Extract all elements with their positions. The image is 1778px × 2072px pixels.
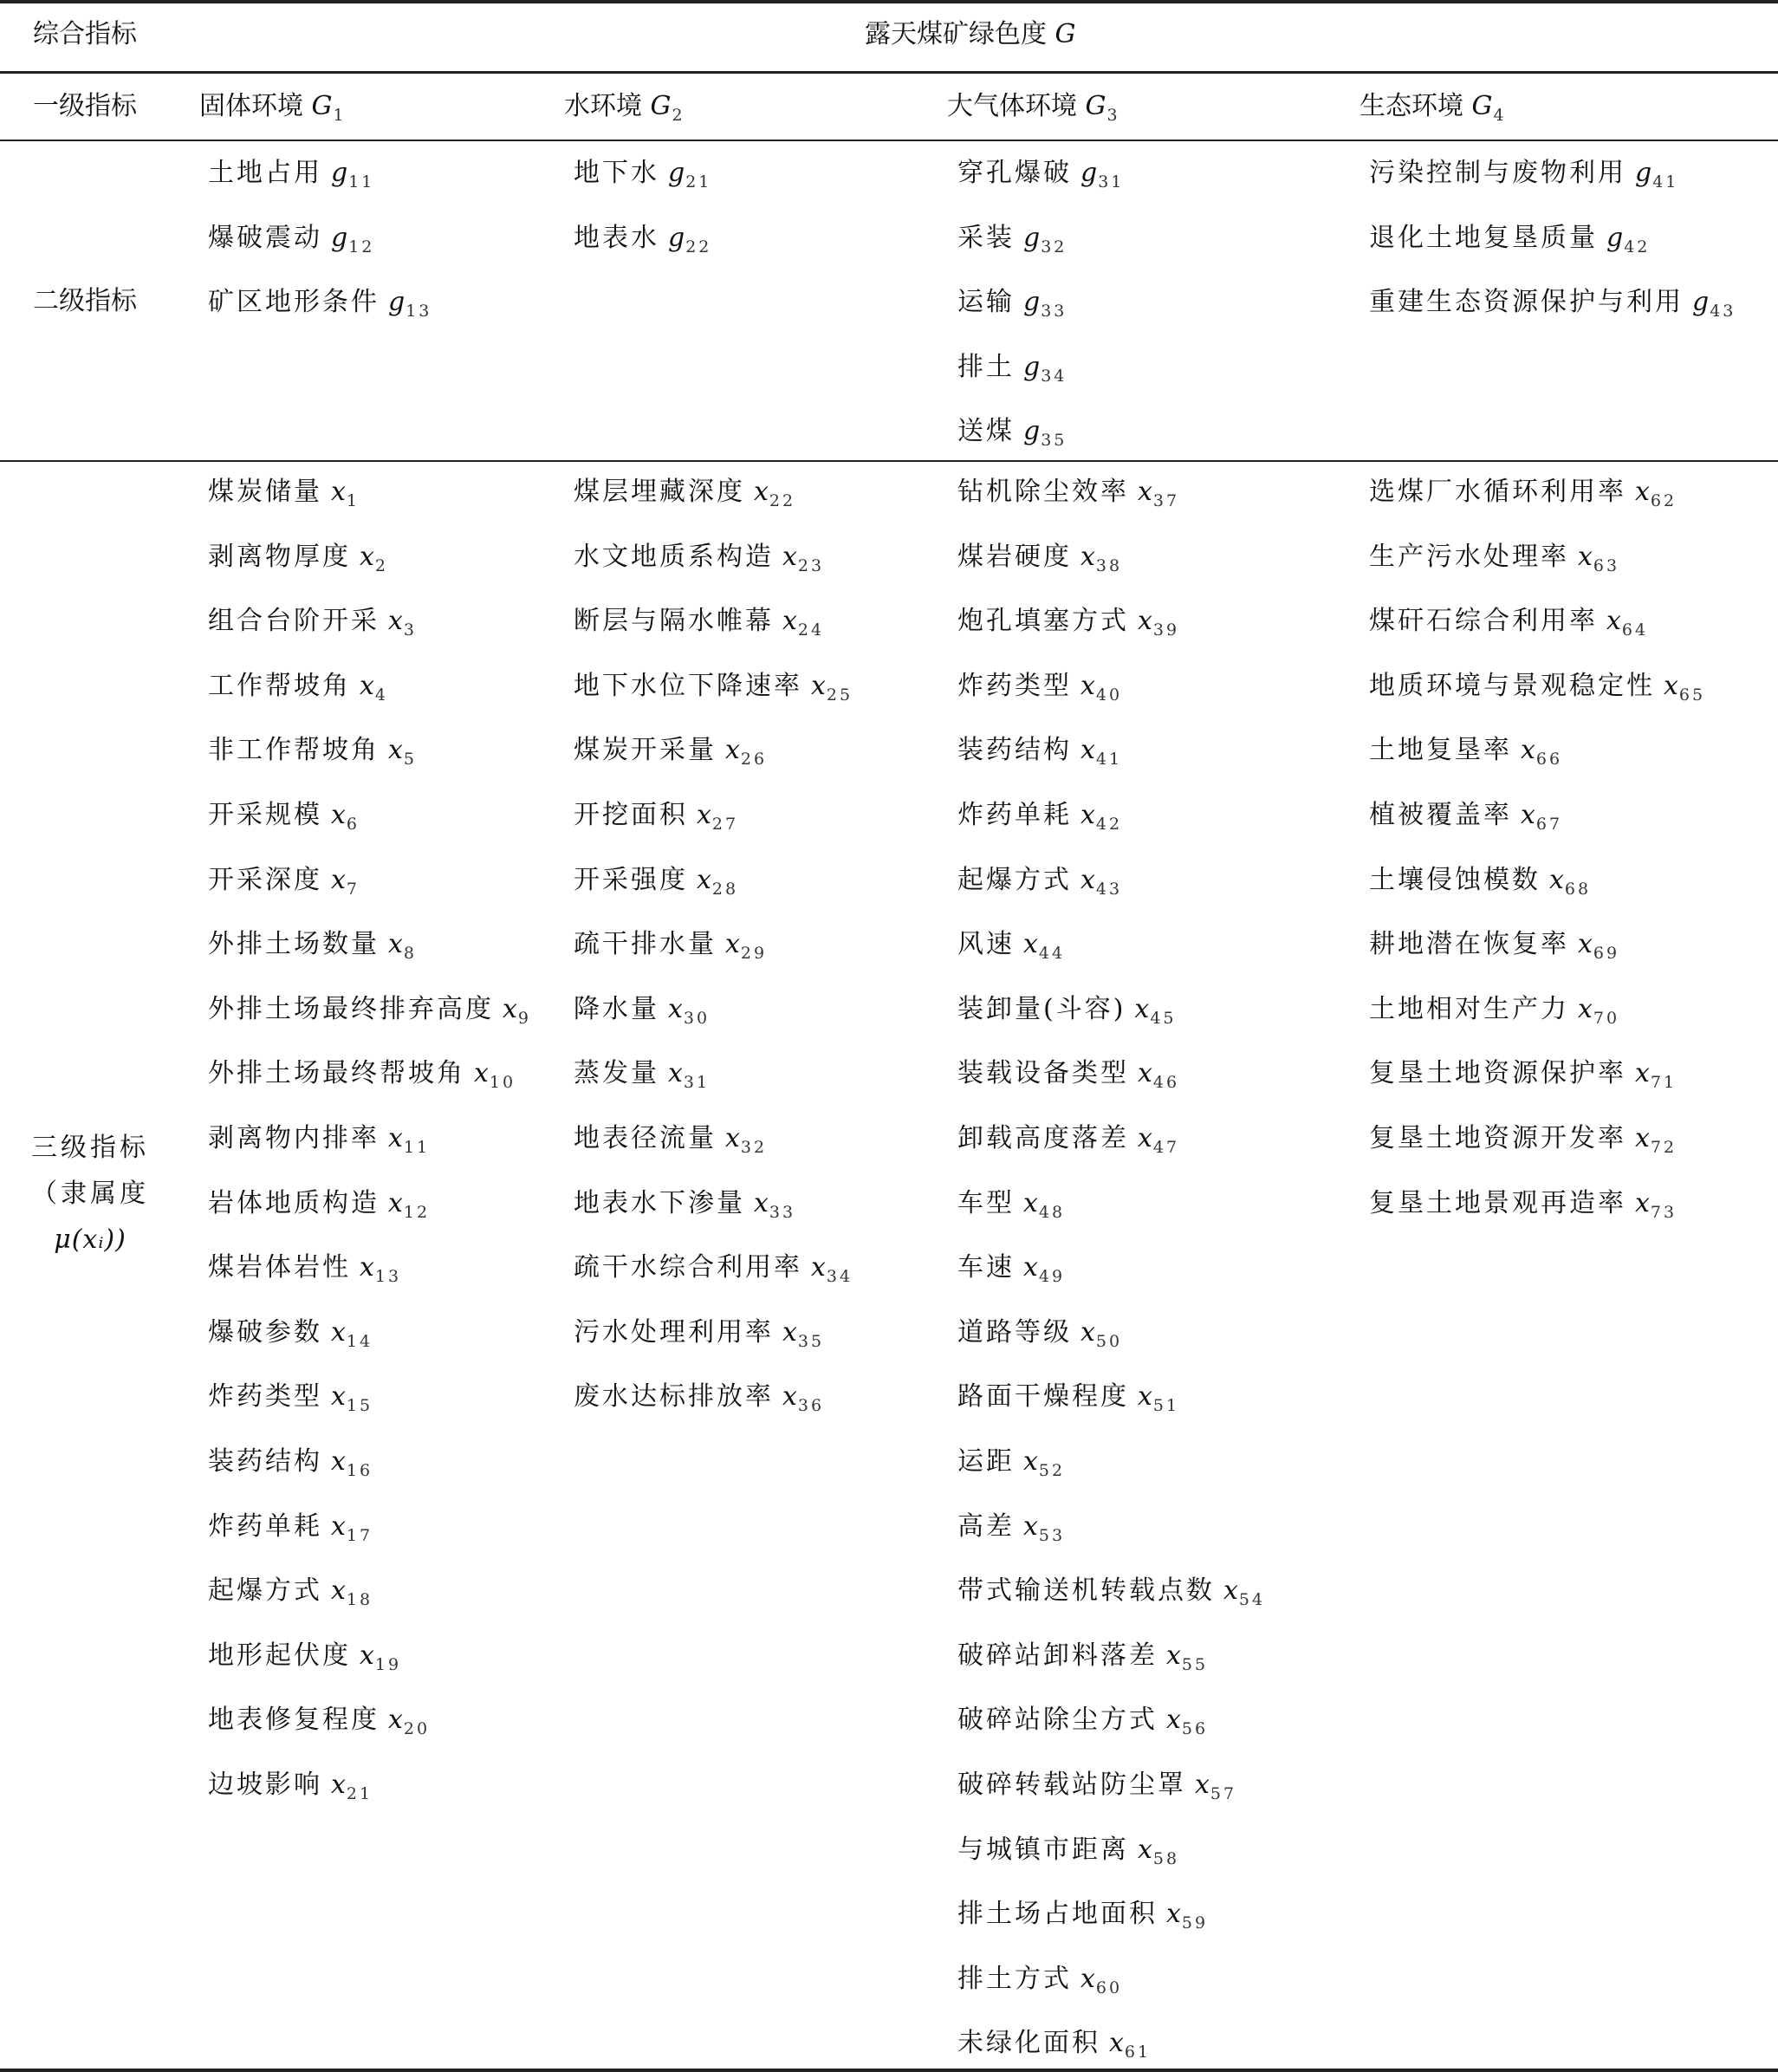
table-cell: 疏干排水量x29 <box>574 927 767 971</box>
indicator-symbol: x <box>782 542 797 572</box>
indicator-name: 地质环境与景观稳定性 <box>1369 671 1655 701</box>
table-cell: 地下水g21 <box>574 156 711 199</box>
table-cell: 岩体地质构造x12 <box>208 1186 430 1230</box>
indicator-name: 装卸量(斗容) <box>957 994 1126 1024</box>
indicator-symbol: x <box>668 994 683 1024</box>
indicator-name: 煤层埋藏深度 <box>574 477 745 507</box>
indicator-symbol: x <box>1080 865 1095 895</box>
indicator-subscript: 26 <box>741 750 767 769</box>
indicator-symbol: x <box>1521 800 1535 830</box>
indicator-name: 边坡影响 <box>208 1770 322 1800</box>
indicator-symbol: x <box>1664 671 1678 701</box>
indicator-name: 送煤 <box>957 416 1015 446</box>
indicator-symbol: x <box>360 542 374 572</box>
indicator-symbol: x <box>811 671 826 701</box>
indicator-subscript: 30 <box>684 1009 710 1028</box>
indicator-subscript: 36 <box>798 1396 824 1415</box>
table-cell: 炮孔填塞方式x39 <box>957 604 1179 647</box>
indicator-subscript: 42 <box>1624 237 1650 257</box>
indicator-symbol: x <box>754 1188 769 1218</box>
table-cell: 退化土地复垦质量g42 <box>1369 221 1650 264</box>
indicator-subscript: 32 <box>741 1138 767 1157</box>
indicator-subscript: 57 <box>1210 1784 1236 1803</box>
indicator-subscript: 46 <box>1153 1073 1179 1092</box>
indicator-subscript: 13 <box>406 302 432 321</box>
table-cell: 地表修复程度x20 <box>208 1703 430 1746</box>
indicator-name: 高差 <box>957 1511 1015 1542</box>
indicator-subscript: 41 <box>1096 750 1122 769</box>
indicator-name: 炮孔填塞方式 <box>957 606 1129 636</box>
indicator-symbol: g <box>668 158 685 188</box>
indicator-subscript: 45 <box>1150 1009 1176 1028</box>
indicator-symbol: x <box>725 929 740 959</box>
indicator-subscript: 27 <box>712 815 738 834</box>
indicator-subscript: 55 <box>1182 1655 1208 1674</box>
indicator-subscript: 66 <box>1536 750 1562 769</box>
indicator-name: 土壤侵蚀模数 <box>1369 865 1541 895</box>
table-cell: 外排土场最终帮坡角x10 <box>208 1056 516 1100</box>
indicator-subscript: 1 <box>347 491 360 510</box>
indicator-name: 煤岩硬度 <box>957 542 1072 572</box>
table-cell: 炸药单耗x42 <box>957 798 1122 841</box>
table-cell: 复垦土地景观再造率x73 <box>1369 1186 1677 1230</box>
indicator-symbol: x <box>331 1575 346 1606</box>
indicator-name: 运距 <box>957 1446 1015 1477</box>
indicator-subscript: 58 <box>1153 1849 1179 1868</box>
indicator-name: 开采强度 <box>574 865 688 895</box>
indicator-name: 炸药类型 <box>957 671 1072 701</box>
indicator-symbol: g <box>331 158 347 188</box>
indicator-symbol: x <box>474 1058 489 1088</box>
table-cell: 污染控制与废物利用g41 <box>1369 156 1678 199</box>
indicator-subscript: 17 <box>347 1526 373 1545</box>
table-cell: 断层与隔水帷幕x24 <box>574 604 824 647</box>
indicator-subscript: 73 <box>1651 1203 1677 1222</box>
indicator-subscript: 39 <box>1153 620 1179 640</box>
indicator-symbol: x <box>1223 1575 1238 1606</box>
indicator-subscript: 40 <box>1096 685 1122 705</box>
indicator-subscript: 62 <box>1651 491 1677 510</box>
indicator-name: 降水量 <box>574 994 659 1024</box>
level1-label: 一级指标 <box>33 89 137 124</box>
indicator-symbol: x <box>811 1252 826 1283</box>
table-cell: 蒸发量x31 <box>574 1056 710 1100</box>
indicator-subscript: 3 <box>404 620 417 640</box>
table-cell: 起爆方式x43 <box>957 863 1122 906</box>
indicator-subscript: 6 <box>347 815 360 834</box>
table-cell: 植被覆盖率x67 <box>1369 798 1562 841</box>
indicator-subscript: 19 <box>375 1655 401 1674</box>
table-cell: 爆破参数x14 <box>208 1315 373 1359</box>
indicator-symbol: x <box>1080 735 1095 765</box>
indicator-symbol: x <box>754 477 769 507</box>
table-cell: 废水达标排放率x36 <box>574 1380 824 1423</box>
indicator-subscript: 28 <box>712 880 738 899</box>
indicator-name: 煤炭开采量 <box>574 735 717 765</box>
indicator-symbol: x <box>360 671 374 701</box>
indicator-name: 复垦土地资源保护率 <box>1369 1058 1626 1088</box>
level1-rule <box>0 140 1778 141</box>
indicator-symbol: x <box>1578 542 1593 572</box>
indicator-name: 生产污水处理率 <box>1369 542 1569 572</box>
indicator-name: 破碎转载站防尘罩 <box>957 1770 1186 1800</box>
indicator-name: 复垦土地景观再造率 <box>1369 1188 1626 1218</box>
indicator-name: 组合台阶开采 <box>208 606 380 636</box>
table-cell: 破碎站卸料落差x55 <box>957 1639 1208 1682</box>
indicator-name: 穿孔爆破 <box>957 158 1072 188</box>
indicator-symbol: x <box>1023 1446 1038 1477</box>
table-title: 露天煤矿绿色度 G <box>865 17 1076 52</box>
indicator-symbol: x <box>782 606 797 636</box>
indicator-subscript: 48 <box>1039 1203 1065 1222</box>
table-cell: 土壤侵蚀模数x68 <box>1369 863 1591 906</box>
indicator-name: 与城镇市距离 <box>957 1835 1129 1865</box>
indicator-symbol: x <box>1023 1252 1038 1283</box>
indicator-name: 爆破参数 <box>208 1317 322 1348</box>
indicator-symbol: x <box>725 1123 740 1153</box>
indicator-name: 地形起伏度 <box>208 1640 351 1671</box>
indicator-name: 矿区地形条件 <box>208 287 380 317</box>
indicator-symbol: x <box>331 1770 346 1800</box>
indicator-subscript: 64 <box>1622 620 1648 640</box>
indicator-name: 未绿化面积 <box>957 2028 1100 2058</box>
indicator-name: 运输 <box>957 287 1015 317</box>
indicator-subscript: 72 <box>1651 1138 1677 1157</box>
indicator-symbol: x <box>1635 1123 1650 1153</box>
indicator-subscript: 13 <box>375 1267 401 1286</box>
indicator-subscript: 50 <box>1096 1332 1122 1351</box>
table-cell: 外排土场数量x8 <box>208 927 417 971</box>
table-cell: 地表径流量x32 <box>574 1121 767 1165</box>
indicator-name: 选煤厂水循环利用率 <box>1369 477 1626 507</box>
indicator-subscript: 5 <box>404 750 417 769</box>
table-cell: 外排土场最终排弃高度x9 <box>208 992 531 1036</box>
indicator-name: 断层与隔水帷幕 <box>574 606 774 636</box>
indicator-symbol: x <box>360 1640 374 1671</box>
indicator-symbol: x <box>1080 542 1095 572</box>
indicator-symbol: x <box>331 1511 346 1542</box>
indicator-symbol: x <box>725 735 740 765</box>
indicator-name: 装载设备类型 <box>957 1058 1129 1088</box>
indicator-symbol: x <box>1166 1640 1181 1671</box>
indicator-subscript: 11 <box>348 172 374 192</box>
indicator-name: 炸药单耗 <box>957 800 1072 830</box>
indicator-symbol: g <box>388 287 405 317</box>
indicator-name: 地表径流量 <box>574 1123 717 1153</box>
indicator-symbol: x <box>331 1381 346 1412</box>
level3-label-line2: （隶属度 <box>17 1171 163 1217</box>
table-cell: 装药结构x41 <box>957 733 1122 776</box>
indicator-symbol: g <box>1692 287 1709 317</box>
table-cell: 疏干水综合利用率x34 <box>574 1250 853 1294</box>
indicator-symbol: g <box>1635 158 1651 188</box>
indicator-subscript: 18 <box>347 1590 373 1609</box>
table-cell: 耕地潜在恢复率x69 <box>1369 927 1619 971</box>
indicator-subscript: 44 <box>1039 944 1065 963</box>
indicator-name: 开挖面积 <box>574 800 688 830</box>
indicator-symbol: x <box>1138 1058 1152 1088</box>
indicator-subscript: 35 <box>1041 431 1067 450</box>
indicator-subscript: 22 <box>769 491 795 510</box>
table-cell: 风速x44 <box>957 927 1065 971</box>
indicator-subscript: 71 <box>1651 1073 1677 1092</box>
table-cell: 地表水g22 <box>574 221 711 264</box>
indicator-name: 破碎站卸料落差 <box>957 1640 1158 1671</box>
table-cell: 边坡影响x21 <box>208 1768 373 1811</box>
indicator-name: 污染控制与废物利用 <box>1369 158 1626 188</box>
table-cell: 路面干燥程度x51 <box>957 1380 1179 1423</box>
indicator-name: 排土方式 <box>957 1964 1072 1994</box>
table-cell: 钻机除尘效率x37 <box>957 475 1179 518</box>
indicator-subscript: 52 <box>1039 1461 1065 1480</box>
indicator-name: 炸药单耗 <box>208 1511 322 1542</box>
indicator-symbol: x <box>331 1317 346 1348</box>
table-cell: 土地占用g11 <box>208 156 374 199</box>
level3-label: 三级指标 （隶属度 μ(xᵢ)) <box>17 1125 163 1263</box>
indicator-name: 外排土场最终帮坡角 <box>208 1058 465 1088</box>
table-cell: 与城镇市距离x58 <box>957 1833 1179 1876</box>
table-cell: 地形起伏度x19 <box>208 1639 401 1682</box>
indicator-name: 煤炭储量 <box>208 477 322 507</box>
indicator-subscript: 31 <box>1098 172 1124 192</box>
table-cell: 煤炭储量x1 <box>208 475 360 518</box>
indicator-subscript: 31 <box>684 1073 710 1092</box>
indicator-name: 剥离物内排率 <box>208 1123 380 1153</box>
indicator-symbol: x <box>1521 735 1535 765</box>
indicator-name: 路面干燥程度 <box>957 1381 1129 1412</box>
indicator-name: 工作帮坡角 <box>208 671 351 701</box>
indicator-symbol: x <box>1023 929 1038 959</box>
indicator-subscript: 63 <box>1593 556 1619 575</box>
indicator-symbol: x <box>782 1381 797 1412</box>
table-cell: 剥离物厚度x2 <box>208 540 388 583</box>
indicator-subscript: 53 <box>1039 1526 1065 1545</box>
indicator-subscript: 29 <box>741 944 767 963</box>
indicator-subscript: 56 <box>1182 1719 1208 1738</box>
indicator-name: 煤岩体岩性 <box>208 1252 351 1283</box>
indicator-name: 煤矸石综合利用率 <box>1369 606 1598 636</box>
indicator-symbol: x <box>1080 800 1095 830</box>
level3-label-line1: 三级指标 <box>17 1125 163 1171</box>
table-cell: 开挖面积x27 <box>574 798 738 841</box>
indicator-name: 开采深度 <box>208 865 322 895</box>
indicator-name: 地表水下渗量 <box>574 1188 745 1218</box>
indicator-name: 装药结构 <box>957 735 1072 765</box>
composite-indicator-label: 综合指标 <box>33 17 137 52</box>
table-cell: 穿孔爆破g31 <box>957 156 1124 199</box>
indicator-symbol: g <box>1023 352 1040 382</box>
indicator-symbol: g <box>1023 223 1040 253</box>
indicator-subscript: 65 <box>1679 685 1705 705</box>
table-cell: 煤岩硬度x38 <box>957 540 1122 583</box>
indicator-subscript: 37 <box>1153 491 1179 510</box>
indicator-symbol: x <box>1138 1835 1152 1865</box>
level1-item: 生态环境 G4 <box>1359 89 1504 133</box>
indicator-subscript: 14 <box>347 1332 373 1351</box>
table-cell: 地表水下渗量x33 <box>574 1186 795 1230</box>
table-cell: 装药结构x16 <box>208 1445 373 1488</box>
table-cell: 降水量x30 <box>574 992 710 1036</box>
table-bottom-rule <box>0 2069 1778 2072</box>
indicator-name: 土地相对生产力 <box>1369 994 1569 1024</box>
indicator-name: 土地占用 <box>208 158 322 188</box>
indicator-subscript: 22 <box>685 237 711 257</box>
table-cell: 开采深度x7 <box>208 863 360 906</box>
indicator-subscript: 12 <box>404 1203 430 1222</box>
indicator-subscript: 9 <box>518 1009 531 1028</box>
indicator-symbol: x <box>1138 1381 1152 1412</box>
table-cell: 高差x53 <box>957 1510 1065 1553</box>
indicator-symbol: x <box>1080 671 1095 701</box>
indicator-symbol: x <box>388 606 403 636</box>
indicator-name: 钻机除尘效率 <box>957 477 1129 507</box>
indicator-symbol: x <box>1635 1058 1650 1088</box>
indicator-subscript: 8 <box>404 944 417 963</box>
table-cell: 破碎站除尘方式x56 <box>957 1703 1208 1746</box>
indicator-name: 外排土场最终排弃高度 <box>208 994 494 1024</box>
table-cell: 炸药类型x40 <box>957 669 1122 712</box>
indicator-symbol: x <box>1635 1188 1650 1218</box>
table-cell: 运输g33 <box>957 285 1067 328</box>
indicator-name: 道路等级 <box>957 1317 1072 1348</box>
indicator-subscript: 2 <box>375 556 388 575</box>
indicator-symbol: x <box>782 1317 797 1348</box>
table-cell: 地下水位下降速率x25 <box>574 669 853 712</box>
indicator-name: 卸载高度落差 <box>957 1123 1129 1153</box>
indicator-symbol: x <box>388 1123 403 1153</box>
indicator-symbol: x <box>331 800 346 830</box>
indicator-name: 植被覆盖率 <box>1369 800 1512 830</box>
indicator-subscript: 61 <box>1125 2043 1151 2062</box>
indicator-symbol: x <box>697 865 711 895</box>
indicator-symbol: x <box>1549 865 1564 895</box>
table-cell: 运距x52 <box>957 1445 1065 1488</box>
indicator-symbol: g <box>1023 287 1040 317</box>
table-cell: 工作帮坡角x4 <box>208 669 388 712</box>
indicator-subscript: 32 <box>1041 237 1067 257</box>
indicator-name: 水文地质系构造 <box>574 542 774 572</box>
level2-rule <box>0 460 1778 462</box>
table-cell: 炸药单耗x17 <box>208 1510 373 1553</box>
indicator-name: 带式输送机转载点数 <box>957 1575 1215 1606</box>
level1-item: 大气体环境 G3 <box>947 89 1118 133</box>
indicator-symbol: x <box>1166 1899 1181 1929</box>
level2-label: 二级指标 <box>33 284 137 319</box>
indicator-symbol: x <box>331 1446 346 1477</box>
indicator-name: 污水处理利用率 <box>574 1317 774 1348</box>
table-cell: 采装g32 <box>957 221 1067 264</box>
indicator-symbol: g <box>1080 158 1097 188</box>
indicator-subscript: 54 <box>1239 1590 1265 1609</box>
indicator-subscript: 68 <box>1565 880 1591 899</box>
table-cell: 地质环境与景观稳定性x65 <box>1369 669 1705 712</box>
indicator-subscript: 38 <box>1096 556 1122 575</box>
indicator-symbol: x <box>1578 929 1593 959</box>
table-cell: 非工作帮坡角x5 <box>208 733 417 776</box>
indicator-subscript: 43 <box>1710 302 1736 321</box>
indicator-subscript: 60 <box>1096 1978 1122 1997</box>
indicator-name: 外排土场数量 <box>208 929 380 959</box>
indicator-symbol: g <box>331 223 347 253</box>
indicator-name: 开采规模 <box>208 800 322 830</box>
indicator-name: 重建生态资源保护与利用 <box>1369 287 1684 317</box>
indicator-name: 地下水 <box>574 158 659 188</box>
indicator-name: 岩体地质构造 <box>208 1188 380 1218</box>
indicator-subscript: 47 <box>1153 1138 1179 1157</box>
indicator-name: 地下水位下降速率 <box>574 671 802 701</box>
indicator-subscript: 67 <box>1536 815 1562 834</box>
indicator-name: 复垦土地资源开发率 <box>1369 1123 1626 1153</box>
table-cell: 煤层埋藏深度x22 <box>574 475 795 518</box>
indicator-symbol: g <box>668 223 685 253</box>
table-cell: 土地复垦率x66 <box>1369 733 1562 776</box>
indicator-subscript: 20 <box>404 1719 430 1738</box>
indicator-name: 退化土地复垦质量 <box>1369 223 1598 253</box>
indicator-subscript: 49 <box>1039 1267 1065 1286</box>
table-title-symbol: G <box>1055 19 1076 49</box>
indicator-subscript: 42 <box>1096 815 1122 834</box>
indicator-subscript: 35 <box>798 1332 824 1351</box>
table-cell: 复垦土地资源开发率x72 <box>1369 1121 1677 1165</box>
indicator-name: 地表修复程度 <box>208 1705 380 1735</box>
indicator-subscript: 69 <box>1593 944 1619 963</box>
table-cell: 开采强度x28 <box>574 863 738 906</box>
indicator-symbol: x <box>388 735 403 765</box>
table-cell: 剥离物内排率x11 <box>208 1121 430 1165</box>
indicator-symbol: x <box>1023 1188 1038 1218</box>
indicator-subscript: 11 <box>404 1138 430 1157</box>
table-cell: 道路等级x50 <box>957 1315 1122 1359</box>
indicator-subscript: 4 <box>375 685 388 705</box>
table-cell: 污水处理利用率x35 <box>574 1315 824 1359</box>
table-cell: 排土方式x60 <box>957 1962 1122 2005</box>
table-cell: 矿区地形条件g13 <box>208 285 432 328</box>
indicator-subscript: 21 <box>347 1784 373 1803</box>
table-cell: 煤矸石综合利用率x64 <box>1369 604 1648 647</box>
indicator-name: 车型 <box>957 1188 1015 1218</box>
indicator-symbol: x <box>1138 606 1152 636</box>
indicator-symbol: x <box>1166 1705 1181 1735</box>
indicator-symbol: x <box>388 1705 403 1735</box>
table-cell: 破碎转载站防尘罩x57 <box>957 1768 1236 1811</box>
indicator-name: 起爆方式 <box>957 865 1072 895</box>
table-title-text: 露天煤矿绿色度 <box>865 19 1047 49</box>
indicator-name: 非工作帮坡角 <box>208 735 380 765</box>
table-cell: 起爆方式x18 <box>208 1574 373 1617</box>
indicator-name: 剥离物厚度 <box>208 542 351 572</box>
indicator-name: 土地复垦率 <box>1369 735 1512 765</box>
indicator-symbol: x <box>503 994 517 1024</box>
indicator-subscript: 34 <box>827 1267 853 1286</box>
indicator-name: 装药结构 <box>208 1446 322 1477</box>
indicator-symbol: x <box>388 929 403 959</box>
indicator-subscript: 34 <box>1041 367 1067 386</box>
indicator-name: 疏干排水量 <box>574 929 717 959</box>
table-cell: 排土g34 <box>957 350 1067 393</box>
indicator-name: 废水达标排放率 <box>574 1381 774 1412</box>
table-cell: 带式输送机转载点数x54 <box>957 1574 1265 1617</box>
level1-item: 水环境 G2 <box>564 89 683 133</box>
indicator-name: 车速 <box>957 1252 1015 1283</box>
indicator-subscript: 24 <box>798 620 824 640</box>
indicator-subscript: 33 <box>769 1203 795 1222</box>
table-cell: 装卸量(斗容)x45 <box>957 992 1177 1036</box>
indicator-subscript: 21 <box>685 172 711 192</box>
table-cell: 生产污水处理率x63 <box>1369 540 1619 583</box>
indicator-symbol: x <box>1080 1964 1095 1994</box>
indicator-symbol: g <box>1023 416 1040 446</box>
indicator-name: 疏干水综合利用率 <box>574 1252 802 1283</box>
